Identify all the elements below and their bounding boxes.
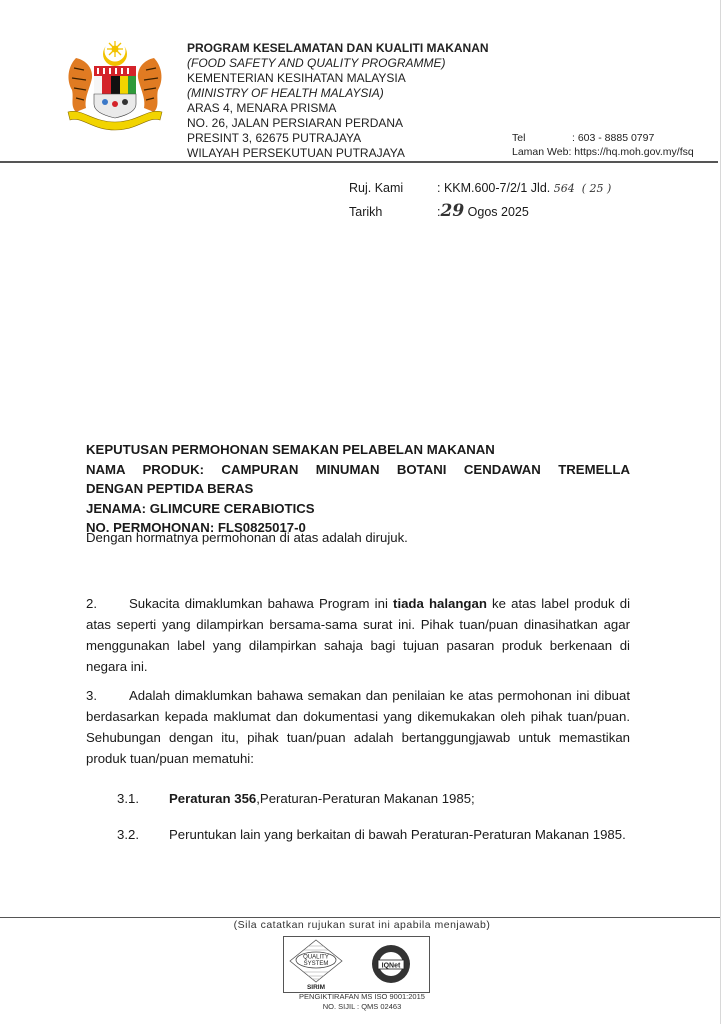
date-label: Tarikh [349,201,437,224]
address-line: PRESINT 3, 62675 PUTRAJAYA [187,131,489,146]
svg-text:IQNet: IQNet [382,963,401,970]
ref-value: : KKM.600-7/2/1 Jld. [437,177,550,200]
svg-text:SYSTEM: SYSTEM [304,961,329,967]
paragraph-number: 2. [86,593,129,614]
product-name: NAMA PRODUK: CAMPURAN MINUMAN BOTANI CEN… [86,460,630,480]
certificate-number: NO. SIJIL : QMS 02463 [0,1002,724,1012]
coat-of-arms-logo [62,38,168,132]
paragraph-2: 2.Sukacita dimaklumkan bahawa Program in… [86,593,630,677]
page-edge-line [720,0,721,1024]
item-number: 3.2. [117,824,169,845]
subject-title: KEPUTUSAN PERMOHONAN SEMAKAN PELABELAN M… [86,440,630,460]
letterhead-address: PROGRAM KESELAMATAN DAN KUALITI MAKANAN … [187,41,489,161]
ministry-name: KEMENTERIAN KESIHATAN MALAYSIA [187,71,489,86]
org-name-english: (FOOD SAFETY AND QUALITY PROGRAMME) [187,56,489,71]
sirim-quality-system-icon: QUALITY SYSTEM SIRIM [290,940,342,991]
address-line: ARAS 4, MENARA PRISMA [187,101,489,116]
certification-badges: QUALITY SYSTEM SIRIM IQNet [283,936,430,993]
list-item: 3.2. Peruntukan lain yang berkaitan di b… [117,824,631,845]
greeting-paragraph: Dengan hormatnya permohonan di atas adal… [86,527,630,548]
product-name-cont: DENGAN PEPTIDA BERAS [86,479,630,499]
paragraph-3: 3.Adalah dimaklumkan bahawa semakan dan … [86,685,630,769]
certification-text: PENGIKTIRAFAN MS ISO 9001:2015 NO. SIJIL… [0,992,724,1012]
regulation-reference: Peraturan 356 [169,791,256,806]
date-handwritten-day: 29 [440,200,464,223]
svg-text:QUALITY: QUALITY [303,955,329,961]
address-line: NO. 26, JALAN PERSIARAN PERDANA [187,116,489,131]
ref-label: Ruj. Kami [349,177,437,200]
tel-value: : 603 - 8885 0797 [572,131,654,145]
web-label: Laman Web [512,145,568,159]
item-number: 3.1. [117,788,169,809]
date-value: Ogos 2025 [468,201,529,224]
footer-divider [0,917,720,918]
reference-block: Ruj. Kami : KKM.600-7/2/1 Jld. 564 ( 25 … [349,177,611,224]
subject-block: KEPUTUSAN PERMOHONAN SEMAKAN PELABELAN M… [86,440,630,538]
ref-handwritten-number: ( 25 ) [582,177,612,200]
no-objection-emphasis: tiada halangan [393,596,487,611]
ref-handwritten-volume: 564 [554,177,575,200]
ministry-name-english: (MINISTRY OF HEALTH MALAYSIA) [187,86,489,101]
reply-reference-note: (Sila catatkan rujukan surat ini apabila… [0,919,724,931]
web-value[interactable]: : https://hq.moh.gov.my/fsq [568,145,693,159]
paragraph-number: 3. [86,685,129,706]
svg-text:SIRIM: SIRIM [307,984,325,991]
list-item: 3.1. Peraturan 356,Peraturan-Peraturan M… [117,788,631,809]
address-line: WILAYAH PERSEKUTUAN PUTRAJAYA [187,146,489,161]
iso-certification: PENGIKTIRAFAN MS ISO 9001:2015 [0,992,724,1002]
iqnet-certified-icon: IQNet [372,945,410,983]
contact-info: Tel : 603 - 8885 0797 Laman Web : https:… [512,131,694,159]
header-divider [0,161,718,163]
tel-label: Tel [512,131,572,145]
org-name: PROGRAM KESELAMATAN DAN KUALITI MAKANAN [187,41,489,56]
brand-name: JENAMA: GLIMCURE CERABIOTICS [86,499,630,519]
